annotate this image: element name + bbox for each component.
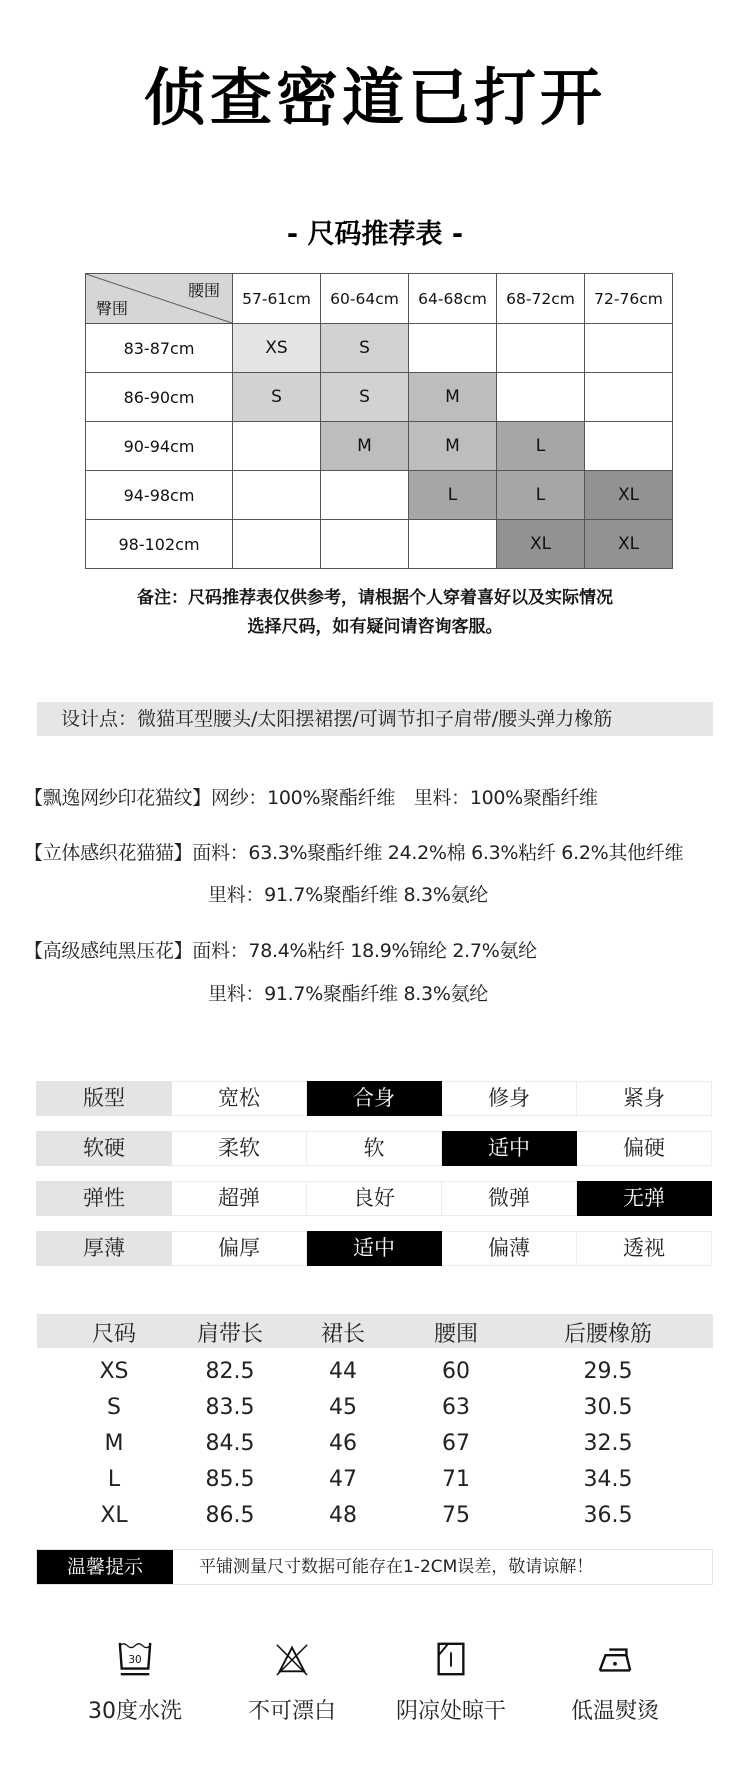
waist-column-header: 57-61cm xyxy=(233,274,321,324)
size-cell xyxy=(233,471,321,520)
size-cell: XL xyxy=(497,520,585,569)
size-cell xyxy=(233,422,321,471)
hip-row-header: 90-94cm xyxy=(86,422,233,471)
low-iron-icon xyxy=(595,1640,635,1678)
size-cell xyxy=(321,520,409,569)
strap-length-value: 85.5 xyxy=(170,1467,290,1492)
care-label: 阴凉处晾干 xyxy=(371,1694,531,1725)
table-header-row: 腰围 臀围 57-61cm 60-64cm 64-68cm 68-72cm 72… xyxy=(86,274,673,324)
svg-text:30: 30 xyxy=(128,1654,141,1666)
table-row: 86-90cm S S M xyxy=(86,373,673,422)
table-row: 90-94cm M M L xyxy=(86,422,673,471)
size-cell: S xyxy=(321,324,409,373)
table-row: 83-87cm XS S xyxy=(86,324,673,373)
attribute-option-selected: 适中 xyxy=(442,1131,577,1166)
size-chart-note: 备注：尺码推荐表仅供参考，请根据个人穿着喜好以及实际情况 选择尺码，如有疑问请咨… xyxy=(0,584,750,642)
waist-column-header: 72-76cm xyxy=(585,274,673,324)
attribute-option: 柔软 xyxy=(172,1131,307,1166)
column-header: 尺码 xyxy=(54,1317,174,1348)
care-item-iron: 低温熨烫 xyxy=(535,1640,695,1725)
waist-column-header: 64-68cm xyxy=(409,274,497,324)
size-cell: L xyxy=(409,471,497,520)
fabric-line-black-emboss: 【高级感纯黑压花】面料：78.4%粘纤 18.9%锦纶 2.7%氨纶 xyxy=(24,936,537,963)
fabric-line-black-emboss-lining: 里料：91.7%聚酯纤维 8.3%氨纶 xyxy=(208,979,488,1006)
attribute-option: 偏厚 xyxy=(172,1231,307,1266)
measurement-header-row: 尺码 肩带长 裙长 腰围 后腰橡筋 xyxy=(0,1317,750,1353)
size-cell xyxy=(321,471,409,520)
size-cell xyxy=(585,422,673,471)
measurement-row: XL 86.5 48 75 36.5 xyxy=(0,1503,750,1539)
attribute-option: 紧身 xyxy=(577,1081,712,1116)
strap-length-value: 82.5 xyxy=(170,1359,290,1384)
care-label: 不可漂白 xyxy=(212,1694,372,1725)
back-elastic-value: 34.5 xyxy=(548,1467,668,1492)
size-cell: XL xyxy=(585,520,673,569)
back-elastic-value: 29.5 xyxy=(548,1359,668,1384)
waist-value: 60 xyxy=(396,1359,516,1384)
waist-value: 63 xyxy=(396,1395,516,1420)
attribute-option: 超弹 xyxy=(172,1181,307,1216)
hip-row-header: 94-98cm xyxy=(86,471,233,520)
page-title: 侦查密道已打开 xyxy=(0,48,750,137)
skirt-length-value: 47 xyxy=(283,1467,403,1492)
skirt-length-value: 46 xyxy=(283,1431,403,1456)
hip-row-header: 86-90cm xyxy=(86,373,233,422)
column-header: 后腰橡筋 xyxy=(548,1317,668,1348)
attribute-option: 偏硬 xyxy=(577,1131,712,1166)
attribute-label: 弹性 xyxy=(36,1181,172,1216)
measurement-row: XS 82.5 44 60 29.5 xyxy=(0,1359,750,1395)
size-cell xyxy=(497,373,585,422)
measurement-row: L 85.5 47 71 34.5 xyxy=(0,1467,750,1503)
note-line: 备注：尺码推荐表仅供参考，请根据个人穿着喜好以及实际情况 xyxy=(0,584,750,613)
care-item-dry: 阴凉处晾干 xyxy=(371,1640,531,1725)
back-elastic-value: 36.5 xyxy=(548,1503,668,1528)
tip-bar: 温馨提示 平铺测量尺寸数据可能存在1-2CM误差，敬请谅解！ xyxy=(36,1549,713,1585)
size-cell: S xyxy=(321,373,409,422)
attribute-option-selected: 无弹 xyxy=(577,1181,712,1216)
back-elastic-value: 30.5 xyxy=(548,1395,668,1420)
design-points-bar: 设计点：微猫耳型腰头/太阳摆裙摆/可调节扣子肩带/腰头弹力橡筋 xyxy=(37,702,713,736)
attribute-option: 偏薄 xyxy=(442,1231,577,1266)
column-header: 腰围 xyxy=(396,1317,516,1348)
waist-value: 67 xyxy=(396,1431,516,1456)
size-cell xyxy=(585,324,673,373)
column-header: 裙长 xyxy=(283,1317,403,1348)
strap-length-value: 86.5 xyxy=(170,1503,290,1528)
care-label: 30度水洗 xyxy=(55,1694,215,1725)
waist-value: 71 xyxy=(396,1467,516,1492)
attribute-row-softness: 软硬 柔软 软 适中 偏硬 xyxy=(36,1131,712,1166)
tip-label: 温馨提示 xyxy=(37,1550,173,1584)
strap-length-value: 84.5 xyxy=(170,1431,290,1456)
size-cell: S xyxy=(233,373,321,422)
hip-axis-label: 臀围 xyxy=(96,296,128,319)
attribute-option-selected: 合身 xyxy=(307,1081,442,1116)
size-value: M xyxy=(54,1431,174,1456)
attribute-row-elasticity: 弹性 超弹 良好 微弹 无弹 xyxy=(36,1181,712,1216)
tip-text: 平铺测量尺寸数据可能存在1-2CM误差，敬请谅解！ xyxy=(173,1550,712,1584)
size-value: XL xyxy=(54,1503,174,1528)
corner-header-cell: 腰围 臀围 xyxy=(86,274,233,324)
size-cell xyxy=(233,520,321,569)
attribute-option: 修身 xyxy=(442,1081,577,1116)
size-value: S xyxy=(54,1395,174,1420)
attribute-option-selected: 适中 xyxy=(307,1231,442,1266)
waist-column-header: 60-64cm xyxy=(321,274,409,324)
size-chart-title: - 尺码推荐表 - xyxy=(0,212,750,251)
fabric-line-jacquard: 【立体感织花猫猫】面料：63.3%聚酯纤维 24.2%棉 6.3%粘纤 6.2%… xyxy=(24,838,683,865)
attribute-option: 宽松 xyxy=(172,1081,307,1116)
size-recommendation-table: 腰围 臀围 57-61cm 60-64cm 64-68cm 68-72cm 72… xyxy=(85,273,673,569)
size-cell: L xyxy=(497,471,585,520)
no-bleach-icon xyxy=(272,1640,312,1678)
hip-row-header: 83-87cm xyxy=(86,324,233,373)
care-item-wash: 30 30度水洗 xyxy=(55,1640,215,1725)
waist-axis-label: 腰围 xyxy=(188,278,220,301)
attribute-row-thickness: 厚薄 偏厚 适中 偏薄 透视 xyxy=(36,1231,712,1266)
size-cell: XL xyxy=(585,471,673,520)
attribute-option: 良好 xyxy=(307,1181,442,1216)
attribute-row-fit: 版型 宽松 合身 修身 紧身 xyxy=(36,1081,712,1116)
shade-dry-icon xyxy=(431,1640,471,1678)
waist-value: 75 xyxy=(396,1503,516,1528)
size-value: XS xyxy=(54,1359,174,1384)
table-row: 94-98cm L L XL xyxy=(86,471,673,520)
wash-30-icon: 30 xyxy=(115,1640,155,1678)
size-cell: M xyxy=(409,373,497,422)
size-cell: M xyxy=(409,422,497,471)
measurement-row: S 83.5 45 63 30.5 xyxy=(0,1395,750,1431)
attribute-label: 厚薄 xyxy=(36,1231,172,1266)
attribute-option: 软 xyxy=(307,1131,442,1166)
table-row: 98-102cm XL XL xyxy=(86,520,673,569)
attribute-label: 软硬 xyxy=(36,1131,172,1166)
skirt-length-value: 48 xyxy=(283,1503,403,1528)
back-elastic-value: 32.5 xyxy=(548,1431,668,1456)
measurement-row: M 84.5 46 67 32.5 xyxy=(0,1431,750,1467)
note-line: 选择尺码，如有疑问请咨询客服。 xyxy=(0,613,750,642)
size-cell: L xyxy=(497,422,585,471)
attribute-option: 透视 xyxy=(577,1231,712,1266)
care-item-bleach: 不可漂白 xyxy=(212,1640,372,1725)
column-header: 肩带长 xyxy=(170,1317,290,1348)
size-cell: XS xyxy=(233,324,321,373)
fabric-line-mesh: 【飘逸网纱印花猫纹】网纱：100%聚酯纤维 里料：100%聚酯纤维 xyxy=(24,783,598,810)
waist-column-header: 68-72cm xyxy=(497,274,585,324)
size-cell: M xyxy=(321,422,409,471)
size-cell xyxy=(409,324,497,373)
attribute-label: 版型 xyxy=(36,1081,172,1116)
strap-length-value: 83.5 xyxy=(170,1395,290,1420)
size-cell xyxy=(585,373,673,422)
care-label: 低温熨烫 xyxy=(535,1694,695,1725)
size-cell xyxy=(409,520,497,569)
skirt-length-value: 45 xyxy=(283,1395,403,1420)
size-value: L xyxy=(54,1467,174,1492)
attribute-option: 微弹 xyxy=(442,1181,577,1216)
skirt-length-value: 44 xyxy=(283,1359,403,1384)
hip-row-header: 98-102cm xyxy=(86,520,233,569)
fabric-line-jacquard-lining: 里料：91.7%聚酯纤维 8.3%氨纶 xyxy=(208,880,488,907)
size-cell xyxy=(497,324,585,373)
